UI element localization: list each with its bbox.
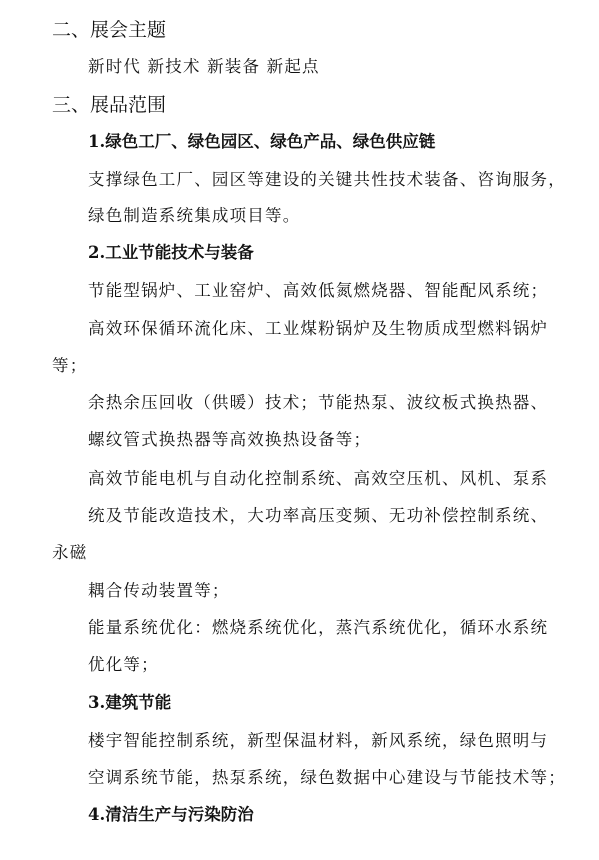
exhibition-theme-text: 新时代 新技术 新装备 新起点	[88, 59, 320, 76]
paragraph-line: 能量系统优化：燃烧系统优化，蒸汽系统优化，循环水系统	[88, 620, 548, 637]
paragraph-line: 空调系统节能，热泵系统，绿色数据中心建设与节能技术等；	[88, 770, 566, 787]
subsection-title-building-energy-saving: 3.建筑节能	[88, 695, 171, 712]
paragraph-line: 楼宇智能控制系统，新型保温材料，新风系统，绿色照明与	[88, 733, 548, 750]
subsection-title-clean-production: 4.清洁生产与污染防治	[88, 807, 254, 824]
paragraph-line: 支撑绿色工厂、园区等建设的关键共性技术装备、咨询服务，	[88, 172, 566, 189]
section-heading-exhibition-theme: 二、展会主题	[52, 21, 166, 40]
paragraph-line: 余热余压回收（供暖）技术；节能热泵、波纹板式换热器、	[88, 395, 548, 412]
section-heading-exhibit-scope: 三、展品范围	[52, 96, 166, 115]
paragraph-line: 永磁	[52, 545, 87, 562]
paragraph-line: 高效环保循环流化床、工业煤粉锅炉及生物质成型燃料锅炉	[88, 321, 548, 338]
paragraph-line: 耦合传动装置等；	[88, 583, 230, 600]
paragraph-line: 螺纹管式换热器等高效换热设备等；	[88, 432, 371, 449]
paragraph-line: 节能型锅炉、工业窑炉、高效低氮燃烧器、智能配风系统；	[88, 283, 548, 300]
paragraph-line: 绿色制造系统集成项目等。	[88, 208, 300, 225]
paragraph-line: 高效节能电机与自动化控制系统、高效空压机、风机、泵系	[88, 471, 548, 488]
paragraph-line: 统及节能改造技术，大功率高压变频、无功补偿控制系统、	[88, 508, 548, 525]
paragraph-line: 等；	[52, 358, 87, 375]
paragraph-line: 优化等；	[88, 657, 159, 674]
subsection-title-industrial-energy-saving: 2.工业节能技术与装备	[88, 245, 254, 262]
subsection-title-green-manufacturing: 1.绿色工厂、绿色园区、绿色产品、绿色供应链	[88, 134, 435, 151]
